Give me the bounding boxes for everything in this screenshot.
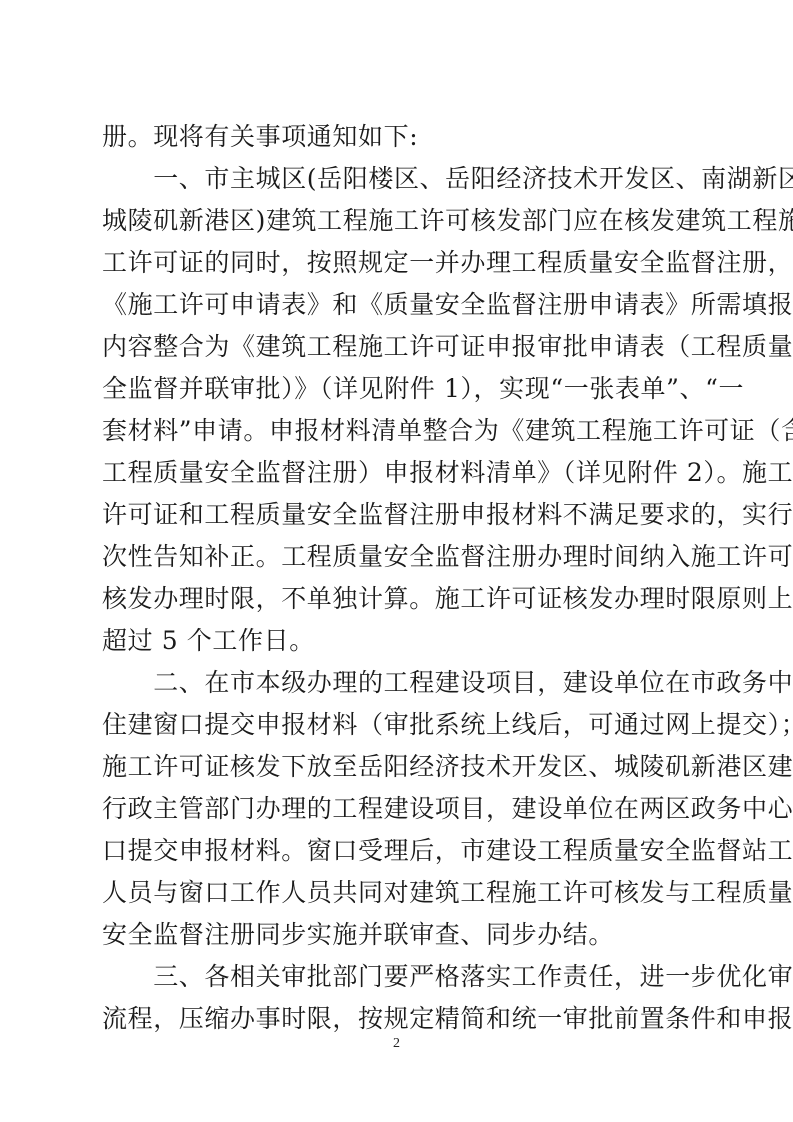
text-line: 工许可证的同时，按照规定一并办理工程质量安全监督注册，将 bbox=[102, 242, 698, 284]
text-line: 施工许可证核发下放至岳阳经济技术开发区、城陵矶新港区建设 bbox=[102, 746, 698, 788]
text-line: 许可证和工程质量安全监督注册申报材料不满足要求的，实行一 bbox=[102, 494, 698, 536]
text-line: 二、在市本级办理的工程建设项目，建设单位在市政务中心 bbox=[102, 662, 698, 704]
text-line: 人员与窗口工作人员共同对建筑工程施工许可核发与工程质量 bbox=[102, 872, 698, 914]
document-body: 册。现将有关事项通知如下: 一、市主城区(岳阳楼区、岳阳经济技术开发区、南湖新区… bbox=[102, 116, 698, 1040]
text-line: 工程质量安全监督注册）申报材料清单》（详见附件 2）。施工 bbox=[102, 452, 698, 494]
page-number: 2 bbox=[0, 1036, 793, 1052]
text-line: 安全监督注册同步实施并联审查、同步办结。 bbox=[102, 914, 698, 956]
document-page: 册。现将有关事项通知如下: 一、市主城区(岳阳楼区、岳阳经济技术开发区、南湖新区… bbox=[0, 0, 793, 1122]
text-line: 城陵矶新港区)建筑工程施工许可核发部门应在核发建筑工程施 bbox=[102, 200, 698, 242]
text-line: 套材料”申请。申报材料清单整合为《建筑工程施工许可证（含 bbox=[102, 410, 698, 452]
text-line: 次性告知补正。工程质量安全监督注册办理时间纳入施工许可证 bbox=[102, 536, 698, 578]
text-line: 住建窗口提交申报材料（审批系统上线后，可通过网上提交）； bbox=[102, 704, 698, 746]
text-line: 全监督并联审批）》（详见附件 1），实现“一张表单”、“一 bbox=[102, 368, 698, 410]
text-line: 流程，压缩办事时限，按规定精简和统一审批前置条件和申报材 bbox=[102, 998, 698, 1040]
text-line: 《施工许可申请表》和《质量安全监督注册申请表》所需填报的 bbox=[102, 284, 698, 326]
text-line: 口提交申报材料。窗口受理后，市建设工程质量安全监督站工作 bbox=[102, 830, 698, 872]
text-line: 内容整合为《建筑工程施工许可证申报审批申请表（工程质量安 bbox=[102, 326, 698, 368]
text-line: 三、各相关审批部门要严格落实工作责任，进一步优化审批 bbox=[102, 956, 698, 998]
text-line: 超过 5 个工作日。 bbox=[102, 620, 698, 662]
text-line: 行政主管部门办理的工程建设项目，建设单位在两区政务中心窗 bbox=[102, 788, 698, 830]
text-line: 一、市主城区(岳阳楼区、岳阳经济技术开发区、南湖新区、 bbox=[102, 158, 698, 200]
text-line: 册。现将有关事项通知如下: bbox=[102, 116, 698, 158]
text-line: 核发办理时限，不单独计算。施工许可证核发办理时限原则上不 bbox=[102, 578, 698, 620]
